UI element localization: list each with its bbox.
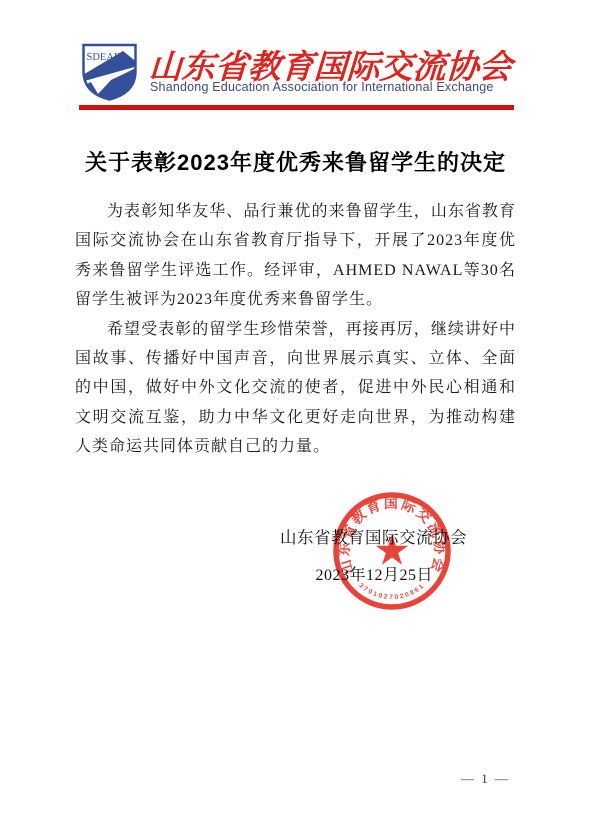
header-divider-bar bbox=[79, 105, 514, 110]
logo-acronym: SDEAIE bbox=[87, 52, 124, 63]
official-seal: 山东省教育国际交流协会 3701027020861 bbox=[330, 489, 454, 613]
seal-code: 3701027020861 bbox=[357, 582, 426, 601]
document-page: SDEAIE 山东省教育国际交流协会 Shandong Education As… bbox=[0, 0, 591, 833]
document-title: 关于表彰2023年度优秀来鲁留学生的决定 bbox=[0, 146, 591, 177]
document-body: 为表彰知华友华、品行兼优的来鲁留学生，山东省教育国际交流协会在山东省教育厅指导下… bbox=[75, 197, 516, 462]
association-logo: SDEAIE bbox=[81, 43, 138, 102]
paragraph-1: 为表彰知华友华、品行兼优的来鲁留学生，山东省教育国际交流协会在山东省教育厅指导下… bbox=[75, 197, 516, 315]
page-number: — 1 — bbox=[461, 771, 510, 787]
paragraph-2: 希望受表彰的留学生珍惜荣誉，再接再厉，继续讲好中国故事、传播好中国声音，向世界展… bbox=[75, 315, 516, 462]
org-name-english: Shandong Education Association for Inter… bbox=[150, 80, 530, 94]
seal-star-icon bbox=[376, 534, 408, 565]
